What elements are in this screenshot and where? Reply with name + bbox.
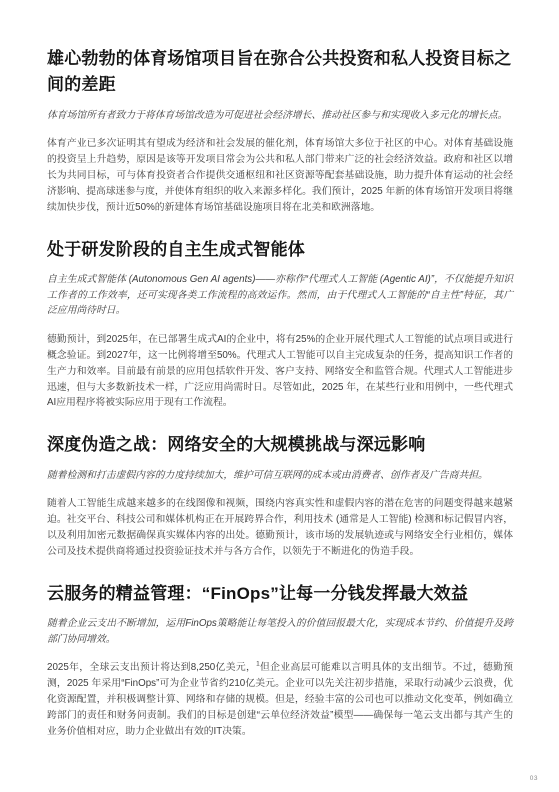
section-lead: 自主生成式智能体 (Autonomous Gen AI agents)——亦称作… [47,272,513,319]
section-body: 随着人工智能生成越来越多的在线图像和视频，围绕内容真实性和虚假内容的潜在危害的问… [47,496,513,559]
section-body: 2025年，全球云支出预计将达到8,250亿美元，1但企业高层可能难以言明具体的… [47,660,513,739]
section-heading: 雄心勃勃的体育场馆项目旨在弥合公共投资和私人投资目标之间的差距 [47,46,513,99]
section-finops: 云服务的精益管理：“FinOps”让每一分钱发挥最大效益 随着企业云支出不断增加… [47,581,513,740]
document-page: 雄心勃勃的体育场馆项目旨在弥合公共投资和私人投资目标之间的差距 体育场馆所有者致… [0,0,559,792]
section-heading: 深度伪造之战：网络安全的大规模挑战与深远影响 [47,432,513,458]
section-stadium-projects: 雄心勃勃的体育场馆项目旨在弥合公共投资和私人投资目标之间的差距 体育场馆所有者致… [47,46,513,216]
body-text-after-footnote: 但企业高层可能难以言明具体的支出细节。不过，德勤预测，2025 年采用“FinO… [47,662,513,736]
section-autonomous-gen-ai: 处于研发阶段的自主生成式智能体 自主生成式智能体 (Autonomous Gen… [47,237,513,412]
section-heading: 云服务的精益管理：“FinOps”让每一分钱发挥最大效益 [47,581,513,607]
body-text-before-footnote: 2025年，全球云支出预计将达到8,250亿美元， [47,662,256,673]
section-lead: 随着企业云支出不断增加，运用FinOps策略能让每笔投入的价值回报最大化，实现成… [47,616,513,647]
section-body: 德勤预计，到2025年，在已部署生成式AI的企业中，将有25%的企业开展代理式人… [47,332,513,411]
section-body: 体育产业已多次证明其有望成为经济和社会发展的催化剂，体育场馆大多位于社区的中心。… [47,136,513,215]
section-heading: 处于研发阶段的自主生成式智能体 [47,237,513,263]
page-number: 03 [530,775,538,782]
section-lead: 随着检测和打击虚假内容的力度持续加大，维护可信互联网的成本或由消费者、创作者及广… [47,468,513,484]
section-lead: 体育场馆所有者致力于将体育场馆改造为可促进社会经济增长、推动社区参与和实现收入多… [47,108,513,124]
section-deepfake: 深度伪造之战：网络安全的大规模挑战与深远影响 随着检测和打击虚假内容的力度持续加… [47,432,513,559]
